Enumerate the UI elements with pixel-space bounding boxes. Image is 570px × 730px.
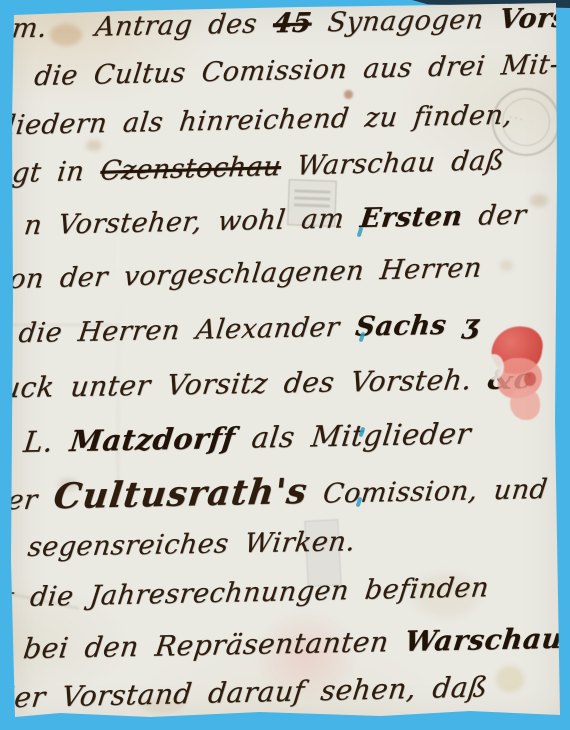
handwriting-line-10: der Cultusrath's Comission, und ersucht xyxy=(0,467,570,523)
handwriting-line-4: tigt in Czenstochau Warschau daß xyxy=(0,147,506,188)
handwriting-segment: t L. xyxy=(0,424,72,460)
wax-seal-paper-gap xyxy=(484,354,504,380)
handwriting-segment: Ersten xyxy=(358,201,464,234)
wax-seal-icon xyxy=(482,324,554,426)
handwriting-segment: 2 segensreiches Wirken. xyxy=(0,526,357,563)
handwriting-segment: tion der vorgeschlagenen Herren xyxy=(0,253,484,296)
handwriting-segment: der xyxy=(0,484,55,516)
handwriting-line-9: t L. Matzdorff als Mitglieder xyxy=(0,419,473,457)
handwriting-line-7: , die Herren Alexander Sachs ʒ xyxy=(0,311,481,347)
handwriting-segment: tigt in xyxy=(0,156,102,190)
handwriting-segment: 45 xyxy=(271,8,313,40)
handwriting-segment: der Vorstand darauf sehen, daß xyxy=(0,670,489,714)
handwriting-line-13: bei den Repräsentanten Warschauer xyxy=(22,624,570,663)
handwriting-segment: ruck unter Vorsitz des Vorsteh. xyxy=(0,363,490,405)
handwriting-segment: als Mitglieder xyxy=(233,416,473,455)
handwriting-segment: die Cultus Comission aus drei Mit- xyxy=(33,49,562,92)
wax-seal-blob xyxy=(524,372,536,386)
handwriting-segment: n Vorsteher, wohl am xyxy=(22,203,362,241)
handwriting-line-2: die Cultus Comission aus drei Mit- xyxy=(33,51,561,90)
letter-paper: ··· m. Antrag des 45 Synagogen Vorstands… xyxy=(0,0,570,730)
handwriting-segment: Cultusrath's xyxy=(51,471,309,517)
handwriting-segment: Czenstochau xyxy=(99,151,283,187)
wax-seal-blob xyxy=(510,388,540,420)
letter-photo: ··· m. Antrag des 45 Synagogen Vorstands… xyxy=(0,0,570,730)
handwriting-segment: Warschauer xyxy=(403,621,570,658)
handwriting-line-5: n Vorsteher, wohl am Ersten der xyxy=(23,202,528,240)
handwriting-segment: Comission, und ersu xyxy=(305,472,570,510)
handwriting-segment: gliedern als hinreichend zu finden, xyxy=(0,100,514,142)
handwriting-line-6: tion der vorgeschlagenen Herren xyxy=(0,255,483,294)
handwriting-segment: m. Antrag des xyxy=(10,8,275,44)
handwriting-segment: bei den Repräsentanten xyxy=(22,625,408,665)
handwriting-line-8: ruck unter Vorsitz des Vorsteh. &c xyxy=(0,365,533,403)
handwriting-segment: der xyxy=(461,200,528,232)
handwriting-segment: Matzdorff xyxy=(68,421,237,458)
handwriting-line-3: gliedern als hinreichend zu finden, xyxy=(0,102,514,140)
handwriting-line-14: der Vorstand darauf sehen, daß xyxy=(0,673,489,712)
handwriting-segment: , die Herren Alexander xyxy=(0,312,357,350)
handwriting-segment: t die Jahresrechnungen befinden xyxy=(1,572,491,613)
handwriting-segment: Synagogen xyxy=(310,4,502,39)
handwriting-line-12: t die Jahresrechnungen befinden xyxy=(1,574,490,611)
handwriting-segment: Sachs ʒ xyxy=(354,309,481,342)
handwriting-line-11: 2 segensreiches Wirken. xyxy=(0,528,357,561)
handwriting-line-1: m. Antrag des 45 Synagogen Vorstands xyxy=(10,3,570,42)
handwriting-segment: Warschau daß xyxy=(279,145,506,182)
